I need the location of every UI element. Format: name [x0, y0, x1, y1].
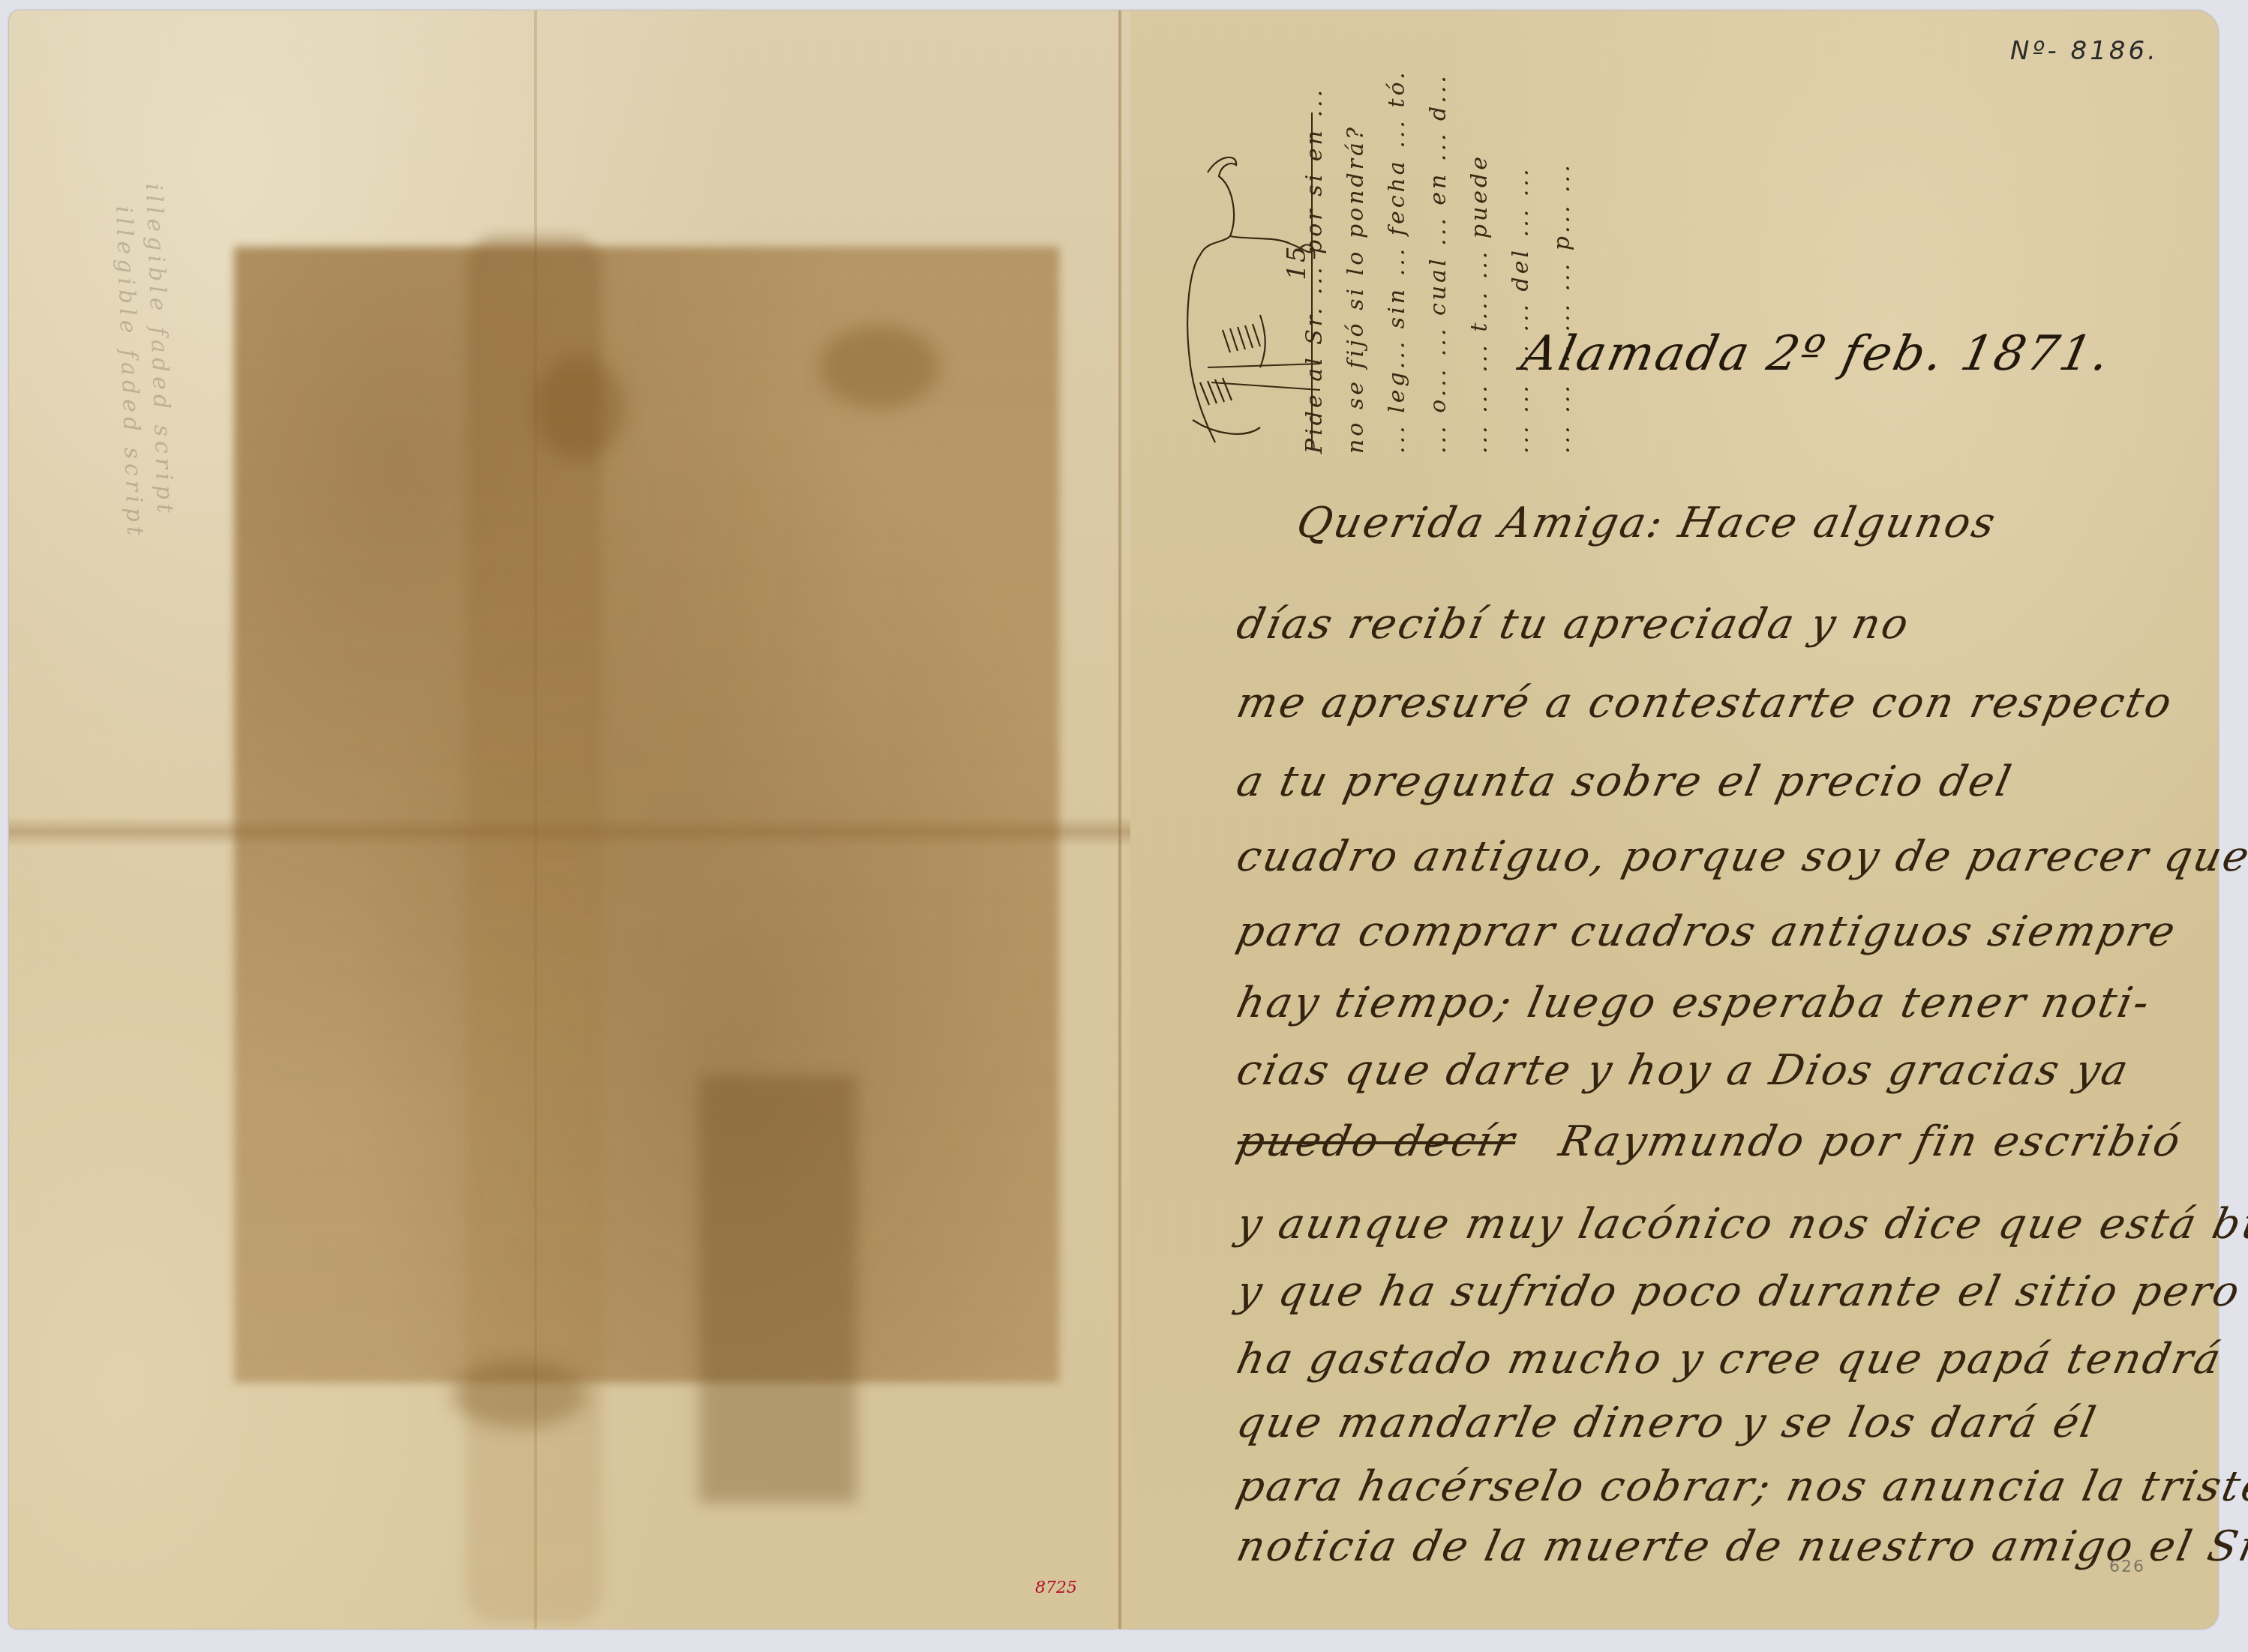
water-stain-rectangle — [234, 247, 1059, 1383]
marginal-note-line: ... ... ... t... ... puede — [1466, 154, 1493, 454]
marginal-note-line: ... ... ... ... ... p... ... — [1549, 162, 1575, 454]
letter-line: cias que darte y hoy a Dios gracias ya — [1232, 1046, 2134, 1095]
letter-line: para comprar cuadros antiguos siempre — [1232, 907, 2181, 956]
scan-background: illegible faded script illegible faded s… — [0, 0, 2248, 1652]
dark-stain-band — [699, 1075, 857, 1503]
letter-date: Alamada 2º feb. 1871. — [1517, 326, 2116, 382]
letter-line: para hacérselo cobrar; nos anuncia la tr… — [1232, 1462, 2248, 1511]
marginal-note-line: ... o... ... cual ... en ... d... — [1425, 73, 1451, 454]
letter-line: puedo decír — [1232, 1117, 1583, 1166]
stain-blotch — [819, 325, 939, 408]
center-fold — [1118, 10, 1122, 1629]
letter-line: y aunque muy lacónico nos dice que está … — [1232, 1200, 2248, 1249]
marginal-note-line: ... ... ... ... del ... ... — [1508, 166, 1534, 454]
letter-line: días recibí tu apreciada y no — [1232, 600, 1915, 649]
letter-line: que mandarle dinero y se los dará él — [1232, 1399, 2102, 1447]
letter-line: Querida Amiga: Hace algunos — [1292, 499, 2001, 547]
letter-line: a tu pregunta sobre el precio del — [1232, 757, 2017, 806]
letter-sheet: illegible faded script illegible faded s… — [9, 10, 2218, 1629]
letter-line: me apresuré a contestarte con respecto — [1232, 679, 2178, 727]
letter-line: ha gastado mucho y cree que papá tendrá — [1232, 1335, 2227, 1384]
marginal-note-line: ... leg... sin ... fecha ... tó. — [1384, 69, 1410, 454]
letter-line: hay tiempo; luego esperaba tener noti- — [1232, 979, 2156, 1027]
letter-line: y que ha sufrido poco durante el sitio p… — [1232, 1267, 2248, 1316]
letter-line: Raymundo por fin escribió — [1555, 1117, 2186, 1166]
archive-number: Nº- 8186. — [2010, 36, 2159, 66]
bleed-through-text: illegible faded script — [140, 183, 179, 517]
letter-line: noticia de la muerte de nuestro amigo el… — [1232, 1522, 2248, 1571]
red-inventory-number: 8725 — [1035, 1579, 1077, 1597]
stain-blotch — [534, 355, 624, 460]
marginal-notes: Pide al Sr. ... por si en ... no se fijó… — [1298, 37, 1605, 472]
stain-blotch — [452, 1360, 587, 1428]
struck-out-word: puedo decír — [1232, 1117, 1520, 1166]
fold-crease-horizontal — [9, 817, 1130, 847]
left-page: illegible faded script illegible faded s… — [9, 10, 1130, 1629]
marginal-note-line: no se fijó si lo pondrá? — [1343, 124, 1369, 454]
marginal-note-line: Pide al Sr. ... por si en ... — [1301, 87, 1328, 454]
pencil-folio-number: 626 — [2109, 1558, 2145, 1576]
letter-line: cuadro antiguo, porque soy de parecer qu… — [1232, 832, 2248, 881]
